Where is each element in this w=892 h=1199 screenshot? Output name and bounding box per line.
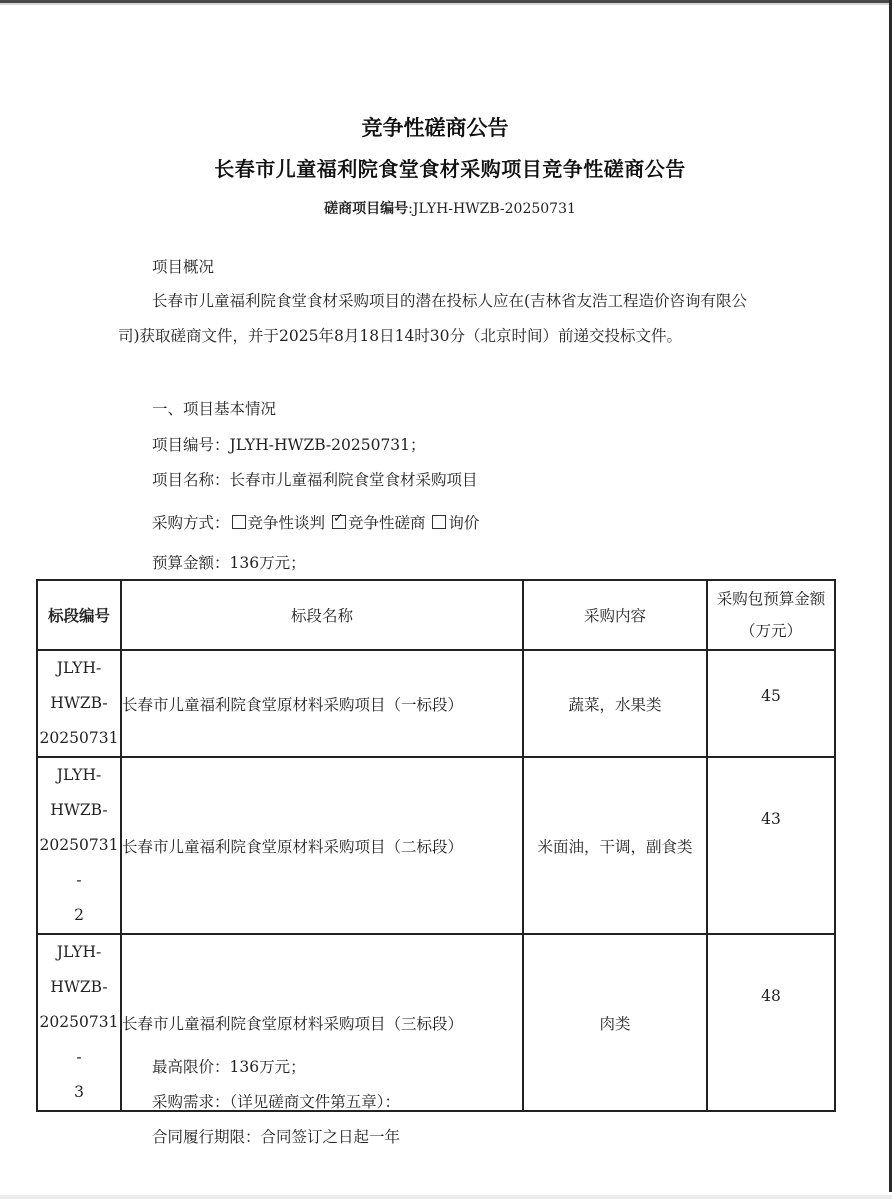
basic-info-heading: 一、项目基本情况 xyxy=(152,397,276,419)
header-budget-unit: （万元） xyxy=(708,615,834,647)
lot-number-part: JLYH- xyxy=(38,935,120,970)
lot-budget-cell: 48 xyxy=(707,934,835,1111)
header-lot-name: 标段名称 xyxy=(121,580,523,650)
table-header-row: 标段编号 标段名称 采购内容 采购包预算金额 （万元） xyxy=(37,580,835,650)
lot-number-part: HWZB- xyxy=(38,793,120,828)
procurement-method-label: 采购方式： xyxy=(152,514,230,532)
project-name-line: 项目名称：长春市儿童福利院食堂食材采购项目 xyxy=(152,468,478,490)
lot-number-cell: JLYH- HWZB- 20250731 xyxy=(37,650,121,757)
lot-content-cell: 肉类 xyxy=(523,934,707,1111)
table-row: JLYH- HWZB- 20250731- 3 长春市儿童福利院食堂原材料采购项… xyxy=(37,934,835,1111)
lot-budget-cell: 45 xyxy=(707,650,835,757)
table-row: JLYH- HWZB- 20250731 长春市儿童福利院食堂原材料采购项目（一… xyxy=(37,650,835,757)
lot-number-part: JLYH- xyxy=(38,758,120,793)
contract-period-line: 合同履行期限：合同签订之日起一年 xyxy=(152,1125,400,1147)
lot-content-cell: 蔬菜，水果类 xyxy=(523,650,707,757)
project-number-value: :JLYH-HWZB-20250731 xyxy=(408,201,576,217)
lot-number-part: HWZB- xyxy=(38,686,120,721)
lot-number-part: HWZB- xyxy=(38,970,120,1005)
lot-name-cell: 长春市儿童福利院食堂原材料采购项目（一标段） xyxy=(121,650,523,757)
header-content: 采购内容 xyxy=(523,580,707,650)
method-negotiation-label: 竞争性谈判 xyxy=(248,514,326,532)
budget-line: 预算金额：136万元； xyxy=(152,551,306,573)
lot-number-part: JLYH- xyxy=(38,651,120,686)
lot-budget-cell: 43 xyxy=(707,757,835,934)
window-top-border xyxy=(0,3,892,5)
overview-paragraph: 长春市儿童福利院食堂食材采购项目的潜在投标人应在(吉林省友浩工程造价咨询有限公司… xyxy=(118,284,758,354)
lot-name-cell: 长春市儿童福利院食堂原材料采购项目（三标段） xyxy=(121,934,523,1111)
requirements-line: 采购需求：（详见磋商文件第五章）： xyxy=(152,1090,400,1112)
lot-number-part: 20250731 xyxy=(38,721,120,756)
header-budget: 采购包预算金额 （万元） xyxy=(707,580,835,650)
procurement-method-line: 采购方式：竞争性谈判 竞争性磋商 询价 xyxy=(152,511,479,533)
overview-heading: 项目概况 xyxy=(152,255,214,277)
lot-number-part: 3 xyxy=(38,1075,120,1110)
lot-number-part: 20250731- xyxy=(38,828,120,898)
method-inquiry-label: 询价 xyxy=(448,514,479,532)
project-number-header: 磋商项目编号:JLYH-HWZB-20250731 xyxy=(0,198,892,218)
header-budget-line1: 采购包预算金额 xyxy=(708,583,834,615)
max-price-line: 最高限价：136万元； xyxy=(152,1055,306,1077)
checkbox-negotiation[interactable] xyxy=(232,515,246,529)
table-row: JLYH- HWZB- 20250731- 2 长春市儿童福利院食堂原材料采购项… xyxy=(37,757,835,934)
lot-number-part: 2 xyxy=(38,898,120,933)
lot-number-part: 20250731- xyxy=(38,1005,120,1075)
document-title: 竞争性磋商公告 xyxy=(0,112,870,142)
header-lot-number: 标段编号 xyxy=(37,580,121,650)
project-number-label: 磋商项目编号 xyxy=(324,201,408,217)
document-subtitle: 长春市儿童福利院食堂食材采购项目竞争性磋商公告 xyxy=(0,153,892,182)
window-bottom-border xyxy=(0,1195,892,1199)
method-consultation-label: 竞争性磋商 xyxy=(348,514,426,532)
lot-name-cell: 长春市儿童福利院食堂原材料采购项目（二标段） xyxy=(121,757,523,934)
checkbox-inquiry[interactable] xyxy=(432,515,446,529)
project-number-line: 项目编号：JLYH-HWZB-20250731； xyxy=(152,433,426,455)
lots-table: 标段编号 标段名称 采购内容 采购包预算金额 （万元） JLYH- HWZB- … xyxy=(36,579,836,1112)
lot-number-cell: JLYH- HWZB- 20250731- 2 xyxy=(37,757,121,934)
lot-number-cell: JLYH- HWZB- 20250731- 3 xyxy=(37,934,121,1111)
checkbox-consultation[interactable] xyxy=(332,515,346,529)
lot-content-cell: 米面油，干调，副食类 xyxy=(523,757,707,934)
